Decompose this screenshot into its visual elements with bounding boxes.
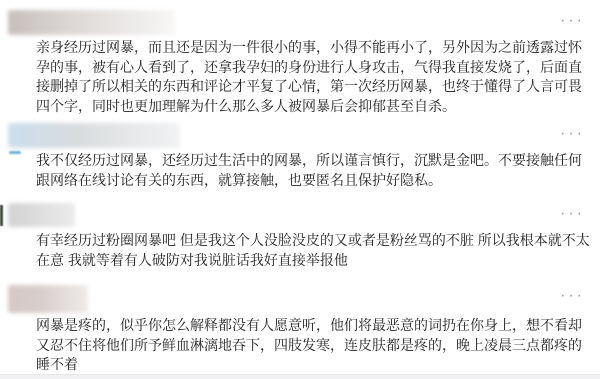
- comment-text: 有幸经历过粉圈网暴吧 但是我这个人没脸没皮的又或者是粉丝骂的不脏 所以我根本就不…: [36, 231, 592, 270]
- author-badge-blur: [9, 151, 21, 154]
- redacted-author-blur[interactable]: [8, 203, 75, 227]
- comment-item: ··· 有幸经历过粉圈网暴吧 但是我这个人没脸没皮的又或者是粉丝骂的不脏 所以我…: [8, 203, 585, 270]
- more-options-icon[interactable]: ···: [556, 13, 585, 29]
- more-options-icon[interactable]: ···: [556, 206, 585, 222]
- comment-item: ··· 我不仅经历过网暴，还经历过生活中的网暴，所以谨言慎行，沉默是金吧。不要接…: [8, 123, 585, 190]
- redacted-author-blur[interactable]: [8, 285, 88, 313]
- comment-item: ··· 亲身经历过网暴，而且还是因为一件很小的事，小得不能再小了，另外因为之前透…: [8, 10, 585, 116]
- more-options-icon[interactable]: ···: [556, 126, 585, 142]
- comment-text: 我不仅经历过网暴，还经历过生活中的网暴，所以谨言慎行，沉默是金吧。不要接触任何跟…: [36, 151, 592, 190]
- comments-page: ··· 亲身经历过网暴，而且还是因为一件很小的事，小得不能再小了，另外因为之前透…: [0, 0, 600, 379]
- comment-header: ···: [8, 203, 585, 228]
- comment-item: ··· 网暴是疼的，似乎你怎么解释都没有人愿意听，他们将最恶意的词扔在你身上，想…: [8, 285, 585, 375]
- comment-header: ···: [8, 10, 585, 35]
- comment-header: ···: [8, 285, 585, 313]
- comment-text: 亲身经历过网暴，而且还是因为一件很小的事，小得不能再小了，另外因为之前透露过怀孕…: [36, 38, 592, 116]
- redacted-author-blur[interactable]: [8, 10, 175, 35]
- comments-list: ··· 亲身经历过网暴，而且还是因为一件很小的事，小得不能再小了，另外因为之前透…: [0, 0, 600, 375]
- more-options-icon[interactable]: ···: [556, 288, 585, 304]
- redacted-author-blur[interactable]: [8, 123, 180, 148]
- bottom-divider: [0, 374, 600, 379]
- author-edge-strip: [0, 205, 3, 226]
- comment-header: ···: [8, 123, 585, 148]
- comment-text: 网暴是疼的，似乎你怎么解释都没有人愿意听，他们将最恶意的词扔在你身上，想不看却又…: [36, 316, 592, 375]
